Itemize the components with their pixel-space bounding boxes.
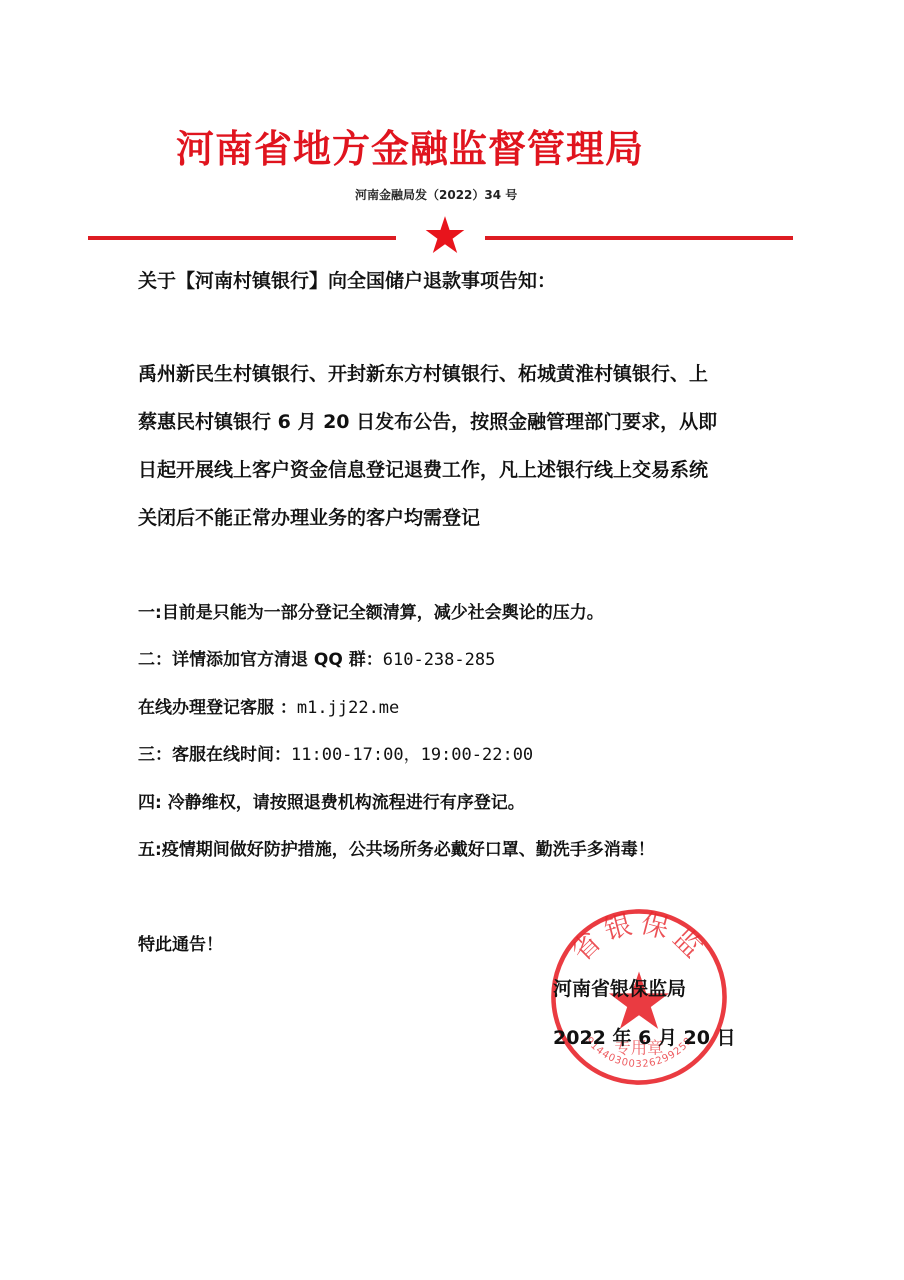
closing-text: 特此通告！ [138, 930, 223, 955]
qq-group-number: 610-238-285 [383, 650, 496, 670]
notice-item-4: 四: 冷静维权，请按照退费机构流程进行有序登记。 [138, 788, 525, 813]
doc-number: 河南金融局发（2022）34 号 [355, 186, 517, 203]
item-text: 在线办理登记客服 ： [138, 698, 297, 718]
item-text: 客服在线时间： [172, 745, 291, 765]
notice-item-1: 一:目前是只能为一部分登记全额清算，减少社会舆论的压力。 [138, 598, 604, 623]
notice-item-5: 五:疫情期间做好防护措施，公共场所务必戴好口罩、勤洗手多消毒！ [138, 835, 655, 860]
svg-text:省银保监: 省银保监 [566, 908, 712, 968]
item-text: 目前是只能为一部分登记全额清算，减少社会舆论的压力。 [162, 603, 604, 623]
org-title: 河南省地方金融监督管理局 [176, 118, 656, 173]
notice-item-2: 二：详情添加官方清退 QQ 群：610-238-285 [138, 645, 495, 670]
signature-date: 2022 年 6 月 20 日 [553, 1023, 736, 1050]
divider-left [88, 236, 396, 240]
service-url: m1.jj22.me [297, 698, 399, 718]
item-text: 疫情期间做好防护措施，公共场所务必戴好口罩、勤洗手多消毒！ [162, 840, 655, 860]
item-prefix: 一: [138, 603, 162, 623]
intro-line: 日起开展线上客户资金信息登记退费工作，凡上述银行线上交易系统 [138, 455, 708, 482]
notice-item-3: 三：客服在线时间：11:00-17:00，19:00-22:00 [138, 740, 533, 765]
service-hours: 11:00-17:00，19:00-22:00 [291, 745, 533, 765]
divider-right [485, 236, 793, 240]
item-prefix: 五: [138, 840, 162, 860]
seal-top-text: 省银保监 [566, 908, 712, 968]
item-text: 冷静维权，请按照退费机构流程进行有序登记。 [162, 793, 525, 813]
item-prefix: 三： [138, 745, 172, 765]
notice-subject: 关于【河南村镇银行】向全国储户退款事项告知： [138, 266, 556, 293]
online-service-line: 在线办理登记客服 ：m1.jj22.me [138, 693, 399, 718]
signature-org: 河南省银保监局 [553, 974, 686, 1001]
intro-line: 关闭后不能正常办理业务的客户均需登记 [138, 503, 480, 530]
item-text: 详情添加官方清退 QQ 群： [172, 650, 383, 670]
item-prefix: 四: [138, 793, 162, 813]
star-icon [424, 214, 466, 256]
item-prefix: 二： [138, 650, 172, 670]
intro-line: 蔡惠民村镇银行 6 月 20 日发布公告，按照金融管理部门要求，从即 [138, 407, 717, 434]
intro-line: 禹州新民生村镇银行、开封新东方村镇银行、柘城黄淮村镇银行、上 [138, 359, 708, 386]
